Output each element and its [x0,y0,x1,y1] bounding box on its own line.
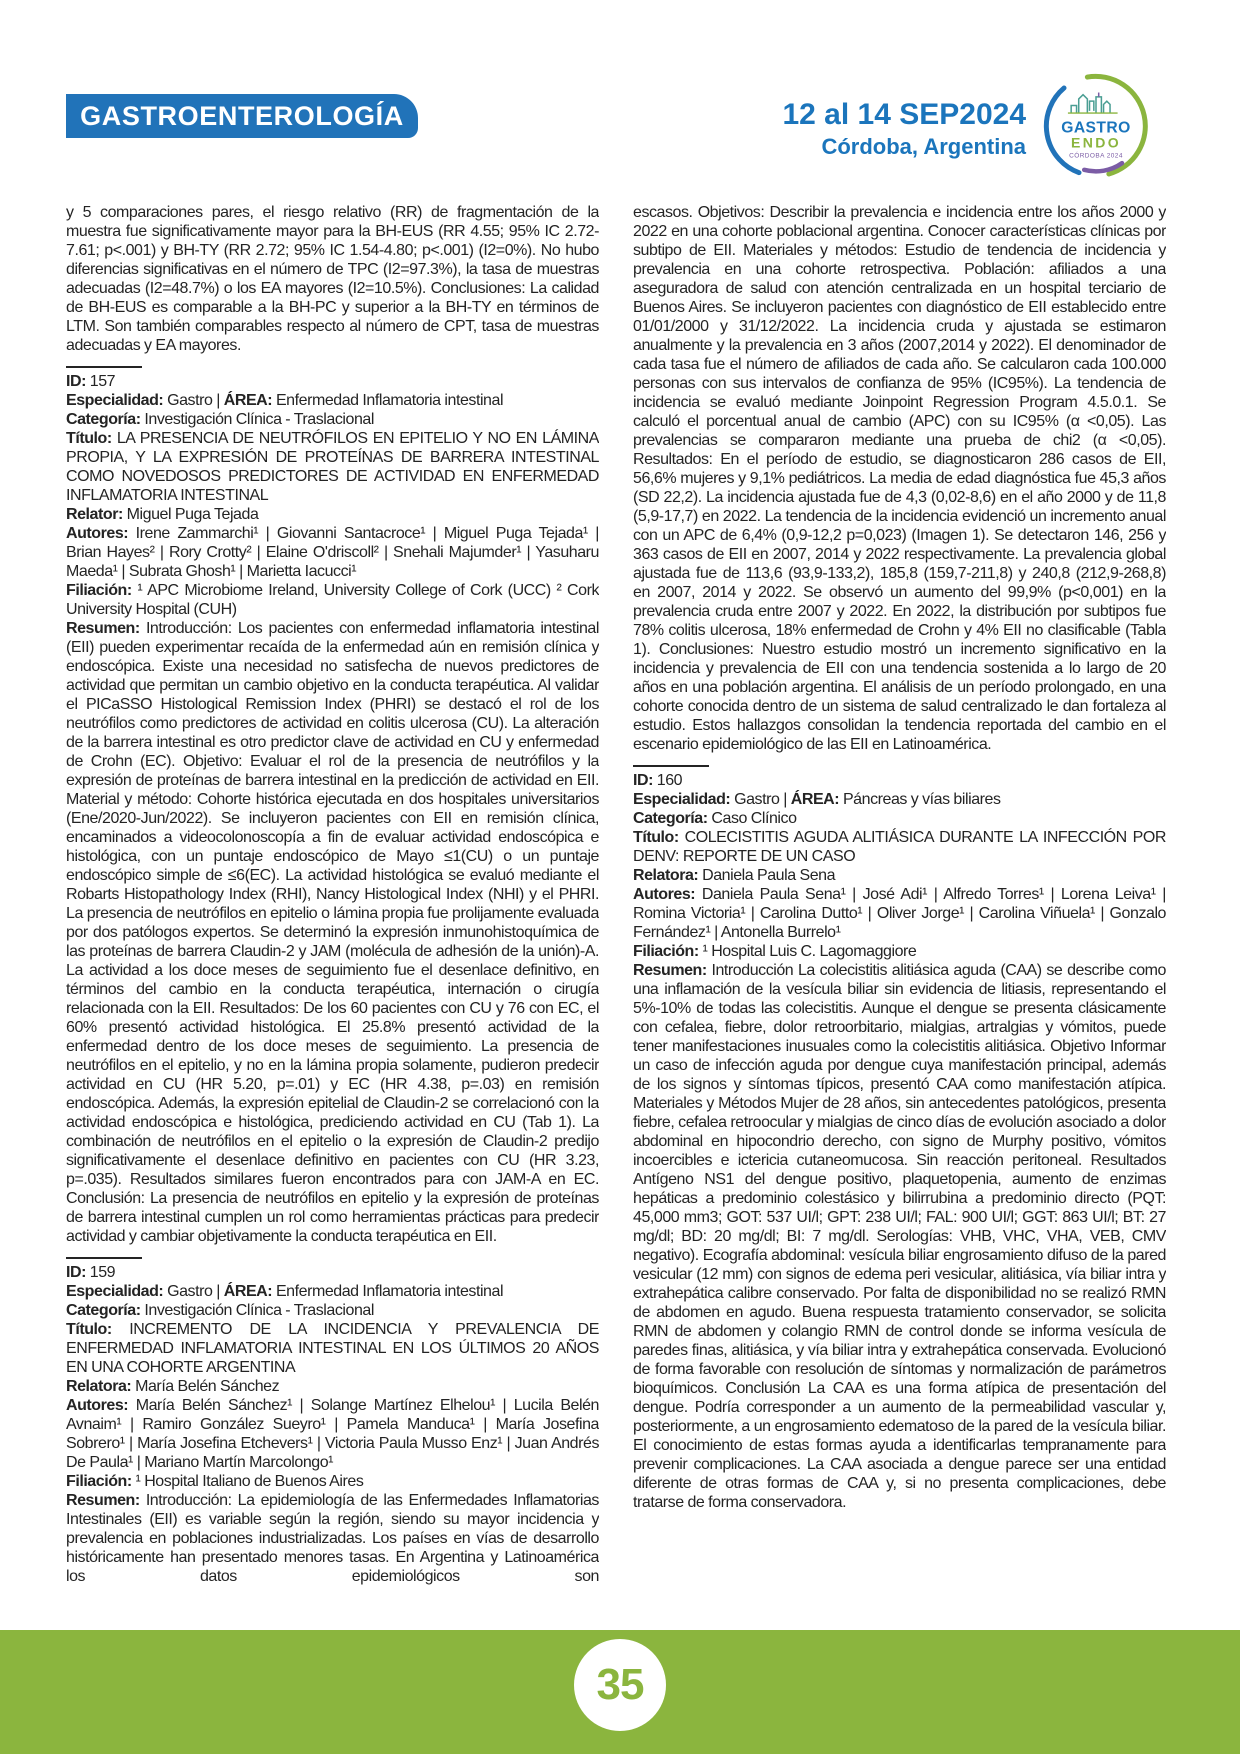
field-relatora: Relatora: María Belén Sánchez [66,1377,599,1396]
gastro-endo-logo-icon: GASTRO ENDO CÓRDOBA 2024 [1042,72,1150,180]
logo-text-endo: ENDO [1071,135,1121,151]
field-label: ID: [66,1264,90,1281]
field-titulo: Título: COLECISTITIS AGUDA ALITIÁSICA DU… [633,828,1166,866]
field-categoria: Categoría: Investigación Clínica - Trasl… [66,410,599,429]
field-label: Resumen: [66,620,146,637]
field-id: ID: 157 [66,372,599,391]
field-label: ÁREA: [224,392,276,409]
field-especialidad: Especialidad: Gastro | ÁREA: Enfermedad … [66,1282,599,1301]
field-value: Miguel Puga Tejada [127,506,259,523]
field-filiacion: Filiación: ¹ Hospital Italiano de Buenos… [66,1472,599,1491]
field-value: escasos. Objetivos: Describir la prevale… [633,204,1166,753]
field-value: ¹ Hospital Luis C. Lagomaggiore [703,943,917,960]
field-resumen: Resumen: Introducción: La epidemiología … [66,1491,599,1586]
field-value: 157 [90,373,115,390]
field-value: y 5 comparaciones pares, el riesgo relat… [66,204,599,354]
field-filiacion: Filiación: ¹ APC Microbiome Ireland, Uni… [66,581,599,619]
field-label: Filiación: [66,582,137,599]
page-number: 35 [597,1660,644,1710]
field-value: María Belén Sánchez¹ | Solange Martínez … [66,1397,599,1471]
field-label: Categoría: [66,1302,144,1319]
field-label: Filiación: [66,1473,136,1490]
field-value: Enfermedad Inflamatoria intestinal [276,392,503,409]
field-label: Relator: [66,506,127,523]
gastro-endo-logo: GASTRO ENDO CÓRDOBA 2024 [1042,72,1150,180]
section-divider [66,366,142,368]
abstract-continuation-paragraph: y 5 comparaciones pares, el riesgo relat… [66,203,599,355]
field-categoria: Categoría: Investigación Clínica - Trasl… [66,1301,599,1320]
field-value: 160 [657,772,682,789]
header-right: 12 al 14 SEP2024 Córdoba, Argentina GAST… [782,72,1150,180]
field-value: María Belén Sánchez [135,1378,279,1395]
field-value: Caso Clínico [711,810,796,827]
field-label: Autores: [66,1397,136,1414]
field-label: Especialidad: [66,1283,167,1300]
field-value: ¹ Hospital Italiano de Buenos Aires [136,1473,364,1490]
field-label: Autores: [633,886,702,903]
footer-band: 35 [0,1630,1240,1754]
field-relatora: Relatora: Daniela Paula Sena [633,866,1166,885]
field-filiacion: Filiación: ¹ Hospital Luis C. Lagomaggio… [633,942,1166,961]
field-value: Enfermedad Inflamatoria intestinal [276,1283,503,1300]
field-label: Resumen: [633,962,711,979]
page-header: GASTROENTEROLOGÍA 12 al 14 SEP2024 Córdo… [66,72,1150,192]
event-location: Córdoba, Argentina [782,133,1026,161]
logo-text-cordoba: CÓRDOBA 2024 [1069,150,1123,159]
field-value: Gastro | [167,1283,224,1300]
right-column: escasos. Objetivos: Describir la prevale… [633,203,1166,1625]
field-autores: Autores: María Belén Sánchez¹ | Solange … [66,1396,599,1472]
field-especialidad: Especialidad: Gastro | ÁREA: Páncreas y … [633,790,1166,809]
page-number-badge: 35 [574,1639,666,1731]
field-id: ID: 160 [633,771,1166,790]
field-value: Introducción: Los pacientes con enfermed… [66,620,599,1245]
field-label: Título: [66,430,117,447]
field-autores: Autores: Irene Zammarchi¹ | Giovanni San… [66,524,599,581]
field-label: ID: [66,373,90,390]
field-value: Investigación Clínica - Traslacional [144,411,374,428]
field-value: Irene Zammarchi¹ | Giovanni Santacroce¹ … [66,525,599,580]
section-divider [66,1257,142,1259]
field-value: Investigación Clínica - Traslacional [144,1302,374,1319]
field-autores: Autores: Daniela Paula Sena¹ | José Adi¹… [633,885,1166,942]
section-title: GASTROENTEROLOGÍA [80,101,404,132]
field-resumen: Resumen: Introducción: Los pacientes con… [66,619,599,1246]
field-id: ID: 159 [66,1263,599,1282]
abstract-continuation-paragraph: escasos. Objetivos: Describir la prevale… [633,203,1166,754]
event-dates: 12 al 14 SEP2024 [782,97,1026,133]
field-categoria: Categoría: Caso Clínico [633,809,1166,828]
field-value: Daniela Paula Sena¹ | José Adi¹ | Alfred… [633,886,1166,941]
two-column-body: y 5 comparaciones pares, el riesgo relat… [66,203,1166,1625]
field-label: Relatora: [633,867,702,884]
field-label: Especialidad: [633,791,734,808]
field-label: Título: [66,1321,129,1338]
event-dates-block: 12 al 14 SEP2024 Córdoba, Argentina [782,97,1026,161]
field-value: LA PRESENCIA DE NEUTRÓFILOS EN EPITELIO … [66,430,599,504]
field-value: Introducción: La epidemiología de las En… [66,1492,599,1585]
field-value: INCREMENTO DE LA INCIDENCIA Y PREVALENCI… [66,1321,599,1376]
field-label: Categoría: [633,810,711,827]
field-value: Gastro | [734,791,791,808]
field-titulo: Título: LA PRESENCIA DE NEUTRÓFILOS EN E… [66,429,599,505]
field-value: Páncreas y vías biliares [843,791,1001,808]
field-resumen: Resumen: Introducción La colecistitis al… [633,961,1166,1512]
field-label: Filiación: [633,943,703,960]
field-label: ÁREA: [224,1283,276,1300]
field-label: ID: [633,772,657,789]
field-value: Daniela Paula Sena [702,867,835,884]
section-banner: GASTROENTEROLOGÍA [66,94,418,138]
field-label: Resumen: [66,1492,146,1509]
field-value: COLECISTITIS AGUDA ALITIÁSICA DURANTE LA… [633,829,1166,865]
field-value: Gastro | [167,392,224,409]
field-label: Título: [633,829,685,846]
field-label: Relatora: [66,1378,135,1395]
field-especialidad: Especialidad: Gastro | ÁREA: Enfermedad … [66,391,599,410]
field-label: ÁREA: [791,791,843,808]
field-label: Especialidad: [66,392,167,409]
left-column: y 5 comparaciones pares, el riesgo relat… [66,203,599,1625]
field-value: 159 [90,1264,115,1281]
field-value: Introducción La colecistitis alitiásica … [633,962,1166,1511]
field-relator: Relator: Miguel Puga Tejada [66,505,599,524]
field-titulo: Título: INCREMENTO DE LA INCIDENCIA Y PR… [66,1320,599,1377]
abstract-book-page: GASTROENTEROLOGÍA 12 al 14 SEP2024 Córdo… [0,0,1240,1754]
cordoba-skyline-icon [1068,93,1118,114]
field-label: Categoría: [66,411,144,428]
section-divider [633,765,709,767]
field-value: ¹ APC Microbiome Ireland, University Col… [66,582,599,618]
field-label: Autores: [66,525,136,542]
